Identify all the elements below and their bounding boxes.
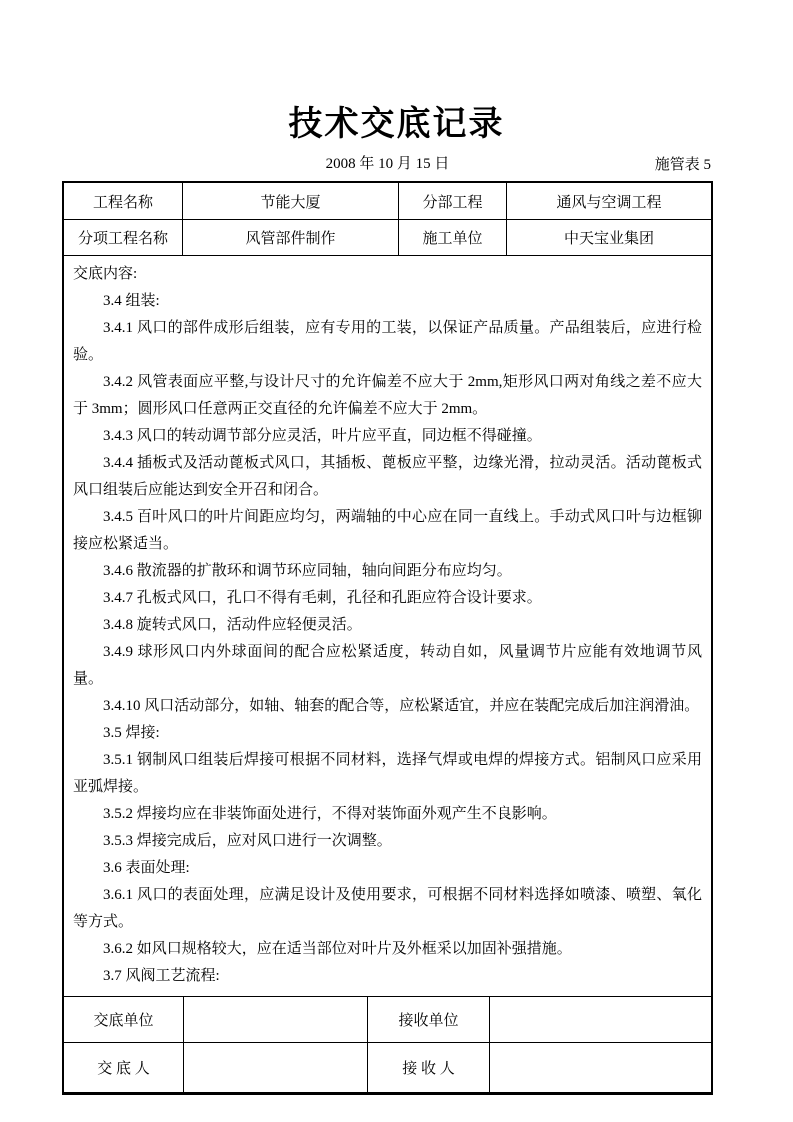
content-paragraph: 3.4.6 散流器的扩散环和调节环应同轴，轴向间距分布应均匀。 <box>73 558 702 585</box>
disclosure-form-table: 工程名称 节能大厦 分部工程 通风与空调工程 分项工程名称 风管部件制作 施工单… <box>62 181 713 1095</box>
form-code: 施管表 5 <box>655 155 711 175</box>
content-paragraph: 3.4.4 插板式及活动蓖板式风口，其插板、蓖板应平整，边缘光滑，拉动灵活。活动… <box>73 450 702 504</box>
disclosure-content-cell: 交底内容: 3.4 组装: 3.4.1 风口的部件成形后组装，应有专用的工装，以… <box>64 256 711 997</box>
content-paragraph: 3.6.2 如风口规格较大，应在适当部位对叶片及外框采以加固补强措施。 <box>73 936 702 963</box>
content-paragraph: 3.5.3 焊接完成后，应对风口进行一次调整。 <box>73 828 702 855</box>
project-name-value: 节能大厦 <box>183 183 399 220</box>
signoff-grid: 交底单位 接收单位 交 底 人 接 收 人 <box>64 997 711 1092</box>
content-paragraph: 3.4.3 风口的转动调节部分应灵活，叶片应平直，同边框不得碰撞。 <box>73 423 702 450</box>
disclosing-unit-label: 交底单位 <box>64 997 184 1043</box>
document-date: 2008 年 10 月 15 日 <box>326 156 450 172</box>
receiving-unit-label: 接收单位 <box>368 997 490 1043</box>
receiver-label: 接 收 人 <box>368 1043 490 1092</box>
subproject-label: 分项工程名称 <box>64 220 183 256</box>
content-paragraph: 3.4.9 球形风口内外球面间的配合应松紧适度，转动自如，风量调节片应能有效地调… <box>73 639 702 693</box>
contractor-label: 施工单位 <box>399 220 507 256</box>
content-heading: 交底内容: <box>73 261 702 288</box>
info-header-grid: 工程名称 节能大厦 分部工程 通风与空调工程 分项工程名称 风管部件制作 施工单… <box>64 183 711 256</box>
division-label: 分部工程 <box>399 183 507 220</box>
content-paragraph: 3.4.8 旋转式风口，活动件应轻便灵活。 <box>73 612 702 639</box>
content-paragraph: 3.4.2 风管表面应平整,与设计尺寸的允许偏差不应大于 2mm,矩形风口两对角… <box>73 369 702 423</box>
content-paragraph: 3.4.5 百叶风口的叶片间距应均匀，两端轴的中心应在同一直线上。手动式风口叶与… <box>73 504 702 558</box>
content-paragraph: 3.4.1 风口的部件成形后组装，应有专用的工装，以保证产品质量。产品组装后，应… <box>73 315 702 369</box>
receiver-value <box>490 1043 711 1092</box>
discloser-label: 交 底 人 <box>64 1043 184 1092</box>
page-title: 技术交底记录 <box>0 104 793 144</box>
project-name-label: 工程名称 <box>64 183 183 220</box>
document-page: 技术交底记录 2008 年 10 月 15 日 施管表 5 工程名称 节能大厦 … <box>0 0 793 1095</box>
content-paragraph: 3.5.2 焊接均应在非装饰面处进行，不得对装饰面外观产生不良影响。 <box>73 801 702 828</box>
receiving-unit-value <box>490 997 711 1043</box>
contractor-value: 中天宝业集团 <box>507 220 711 256</box>
content-paragraph: 3.4.10 风口活动部分，如轴、轴套的配合等，应松紧适宜，并应在装配完成后加注… <box>73 693 702 720</box>
meta-row: 2008 年 10 月 15 日 施管表 5 <box>62 154 713 174</box>
discloser-value <box>184 1043 368 1092</box>
disclosing-unit-value <box>184 997 368 1043</box>
content-paragraph: 3.7 风阀工艺流程: <box>73 963 702 990</box>
content-paragraph: 3.4 组装: <box>73 288 702 315</box>
content-paragraph: 3.6.1 风口的表面处理，应满足设计及使用要求，可根据不同材料选择如喷漆、喷塑… <box>73 882 702 936</box>
division-value: 通风与空调工程 <box>507 183 711 220</box>
subproject-value: 风管部件制作 <box>183 220 399 256</box>
content-paragraph: 3.6 表面处理: <box>73 855 702 882</box>
content-paragraph: 3.5.1 钢制风口组装后焊接可根据不同材料，选择气焊或电焊的焊接方式。铝制风口… <box>73 747 702 801</box>
content-paragraph: 3.4.7 孔板式风口，孔口不得有毛刺，孔径和孔距应符合设计要求。 <box>73 585 702 612</box>
content-paragraph: 3.5 焊接: <box>73 720 702 747</box>
